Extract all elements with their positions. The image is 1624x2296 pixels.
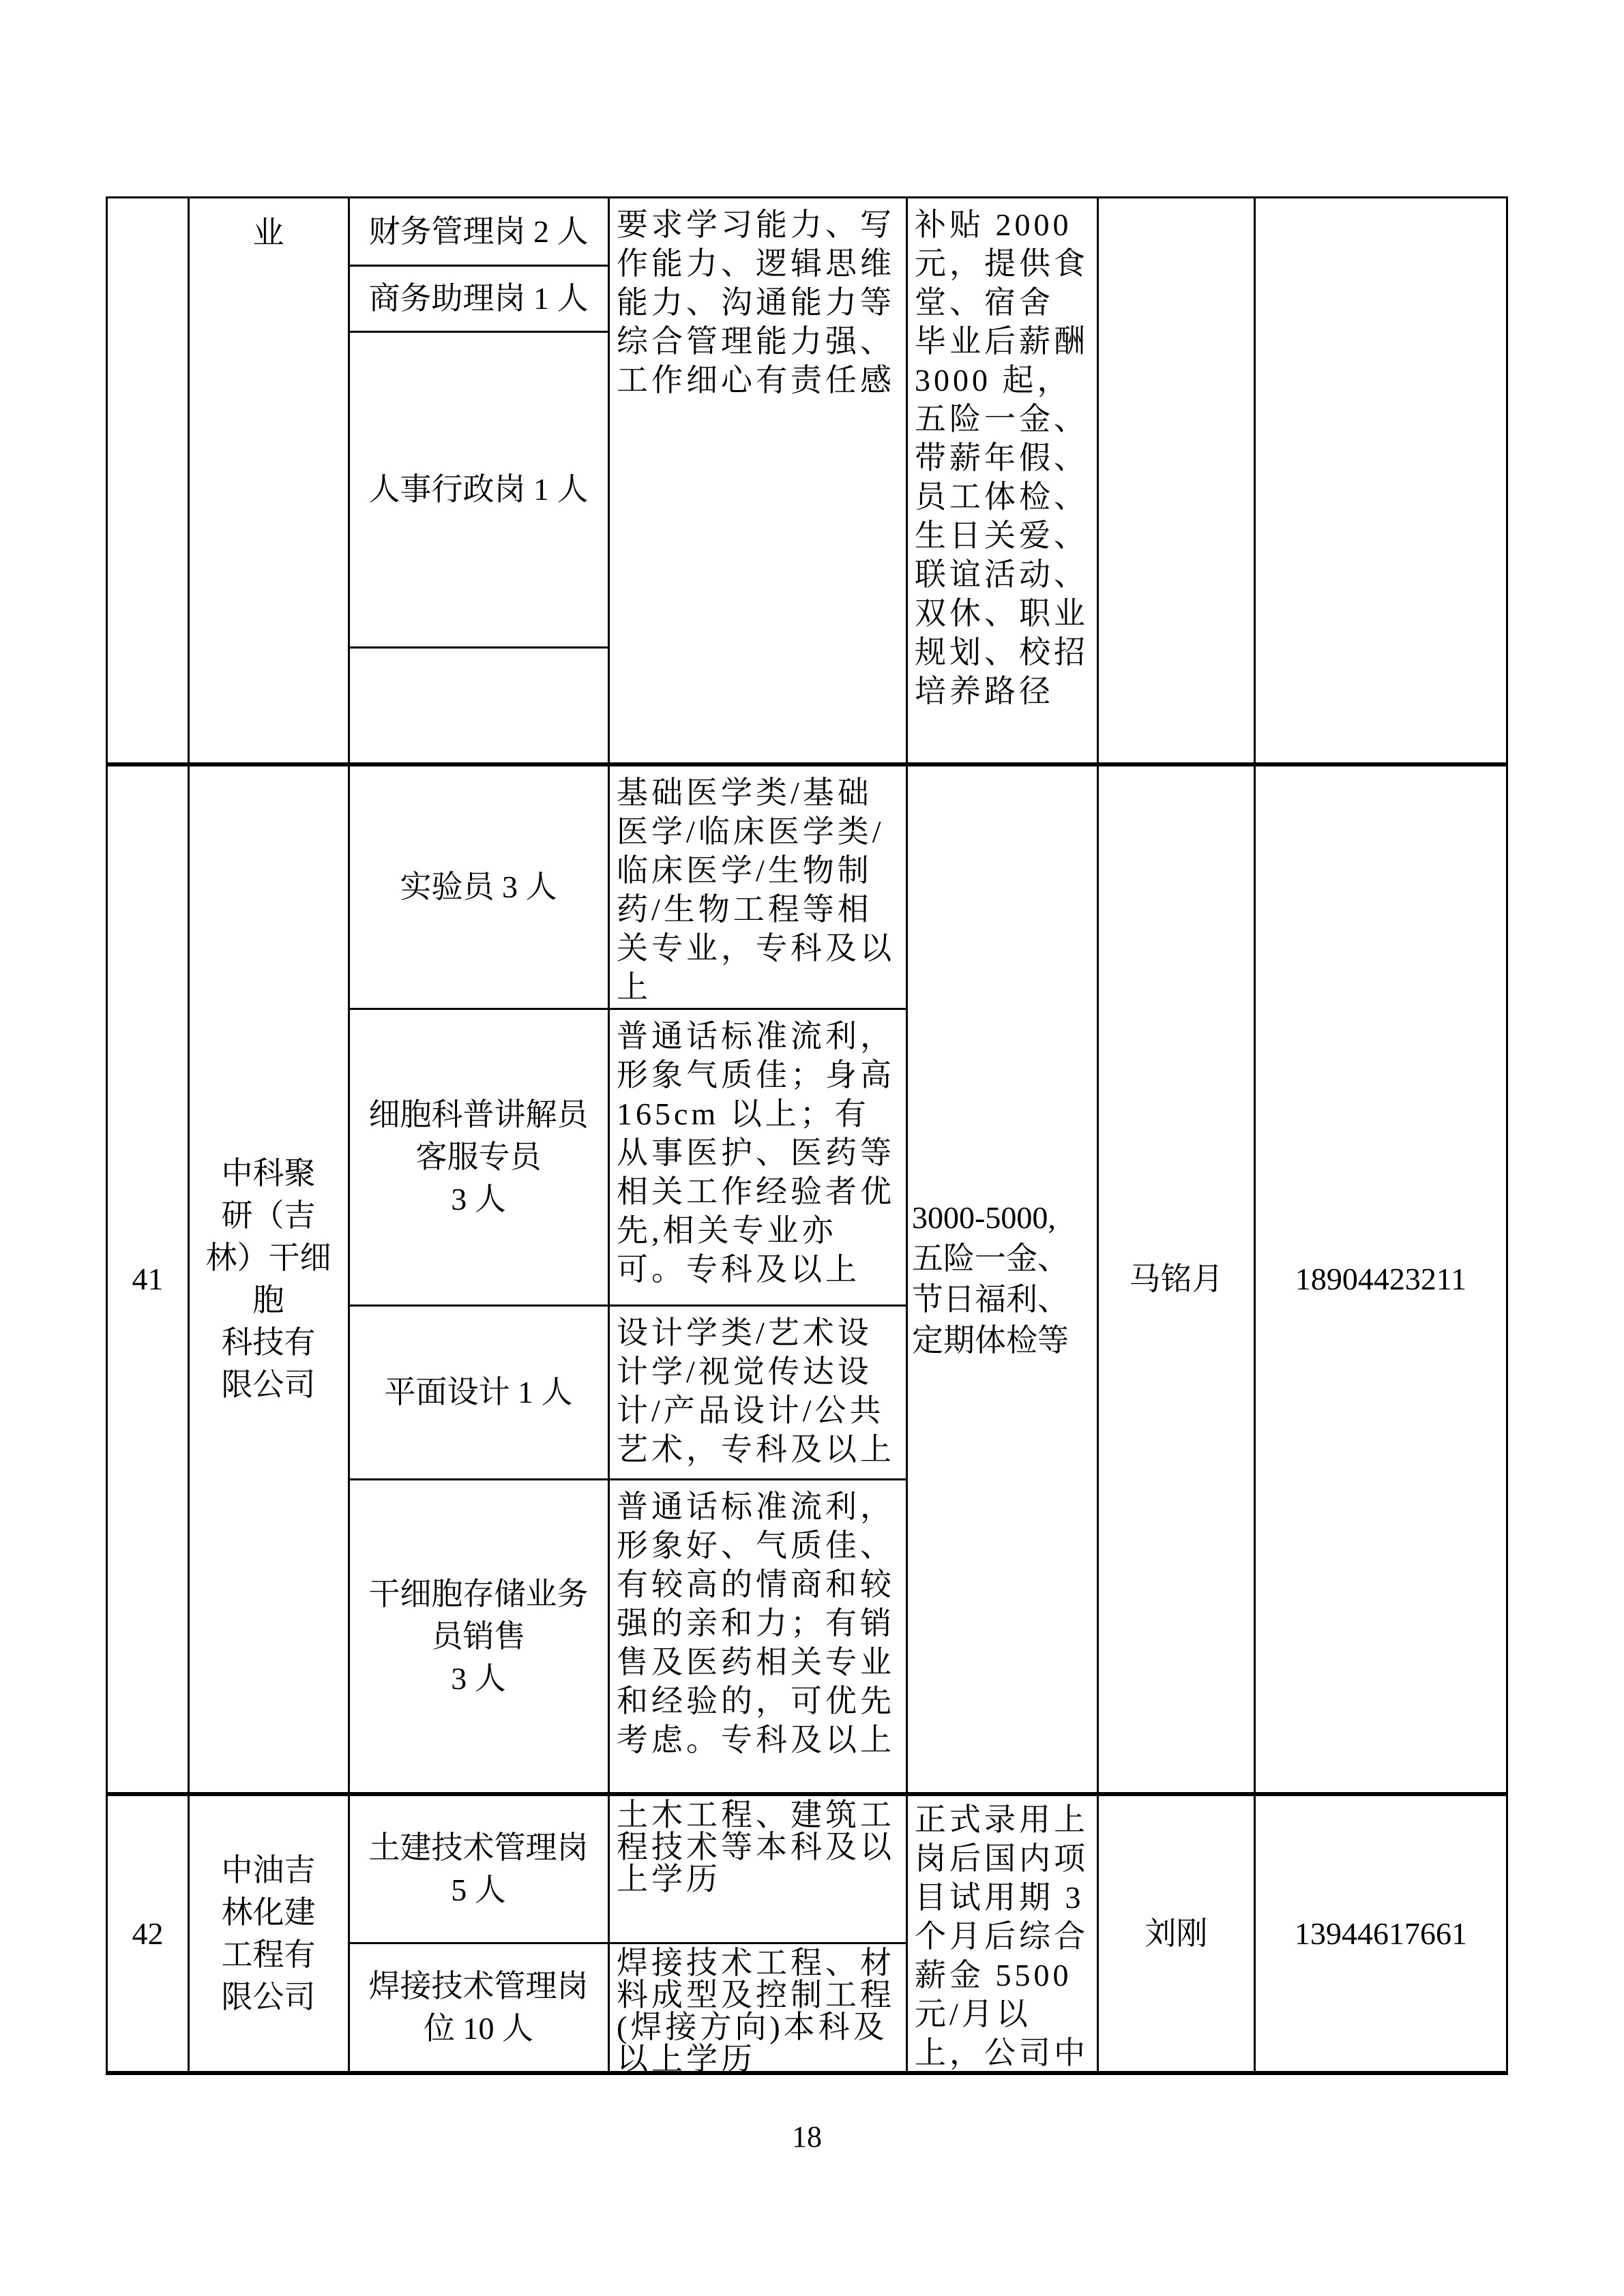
document-page: 业 财务管理岗 2 人 商务助理岗 1 人 人事行政岗 1 人 要求学习能力、写… <box>0 0 1624 2296</box>
position-cell: 平面设计 1 人 <box>349 1307 608 1478</box>
salary-benefits-cell: 正式录用上岗后国内项目试用期 3 个月后综合薪金 5500 元/月以上，公司中油… <box>908 1796 1097 2071</box>
position-cell: 财务管理岗 2 人 <box>349 198 608 265</box>
position-cell: 商务助理岗 1 人 <box>349 267 608 331</box>
row-number: 41 <box>108 766 188 1792</box>
company-name: 中油吉 林化建 工程有 限公司 <box>189 1796 348 2071</box>
phone-number: 18904423211 <box>1256 766 1506 1792</box>
position-cell: 干细胞存储业务 员销售 3 人 <box>349 1480 608 1792</box>
page-number: 18 <box>106 2119 1508 2154</box>
row-number: 42 <box>108 1796 188 2071</box>
table-bottom-border <box>106 2071 1508 2075</box>
salary-benefits-cell: 补贴 2000 元，提供食堂、宿舍 毕业后薪酬 3000 起，五险一金、带薪年假… <box>908 198 1097 762</box>
requirements-cell: 要求学习能力、写作能力、逻辑思维能力、沟通能力等综合管理能力强、工作细心有责任感 <box>610 198 906 762</box>
table-gridline <box>348 646 610 648</box>
position-cell: 实验员 3 人 <box>349 766 608 1008</box>
salary-benefits-cell: 3000-5000, 五险一金、 节日福利、 定期体检等 <box>908 766 1097 1792</box>
requirements-cell: 普通话标准流利，形象气质佳；身高165cm 以上；有从事医护、医药等相关工作经验… <box>610 1010 906 1304</box>
position-cell: 细胞科普讲解员 客服专员 3 人 <box>349 1010 608 1304</box>
position-cell: 人事行政岗 1 人 <box>349 333 608 646</box>
requirements-cell: 设计学类/艺术设计学/视觉传达设计/产品设计/公共艺术，专科及以上 <box>610 1307 906 1478</box>
contact-name: 刘刚 <box>1099 1796 1254 2071</box>
contact-name: 马铭月 <box>1099 766 1254 1792</box>
company-name: 中科聚 研（吉 林）干细 胞 科技有 限公司 <box>189 766 348 1792</box>
company-name-continuation: 业 <box>189 198 348 301</box>
position-cell: 土建技术管理岗 5 人 <box>349 1796 608 1942</box>
requirements-cell: 基础医学类/基础医学/临床医学类/临床医学/生物制药/生物工程等相关专业，专科及… <box>610 766 906 1008</box>
phone-number: 13944617661 <box>1256 1796 1506 2071</box>
requirements-cell: 焊接技术工程、材料成型及控制工程(焊接方向)本科及以上学历 <box>610 1944 906 2071</box>
requirements-cell: 普通话标准流利，形象好、气质佳、有较高的情商和较强的亲和力；有销售及医药相关专业… <box>610 1480 906 1792</box>
position-cell: 焊接技术管理岗 位 10 人 <box>349 1944 608 2071</box>
requirements-cell: 土木工程、建筑工程技术等本科及以上学历 <box>610 1796 906 1942</box>
